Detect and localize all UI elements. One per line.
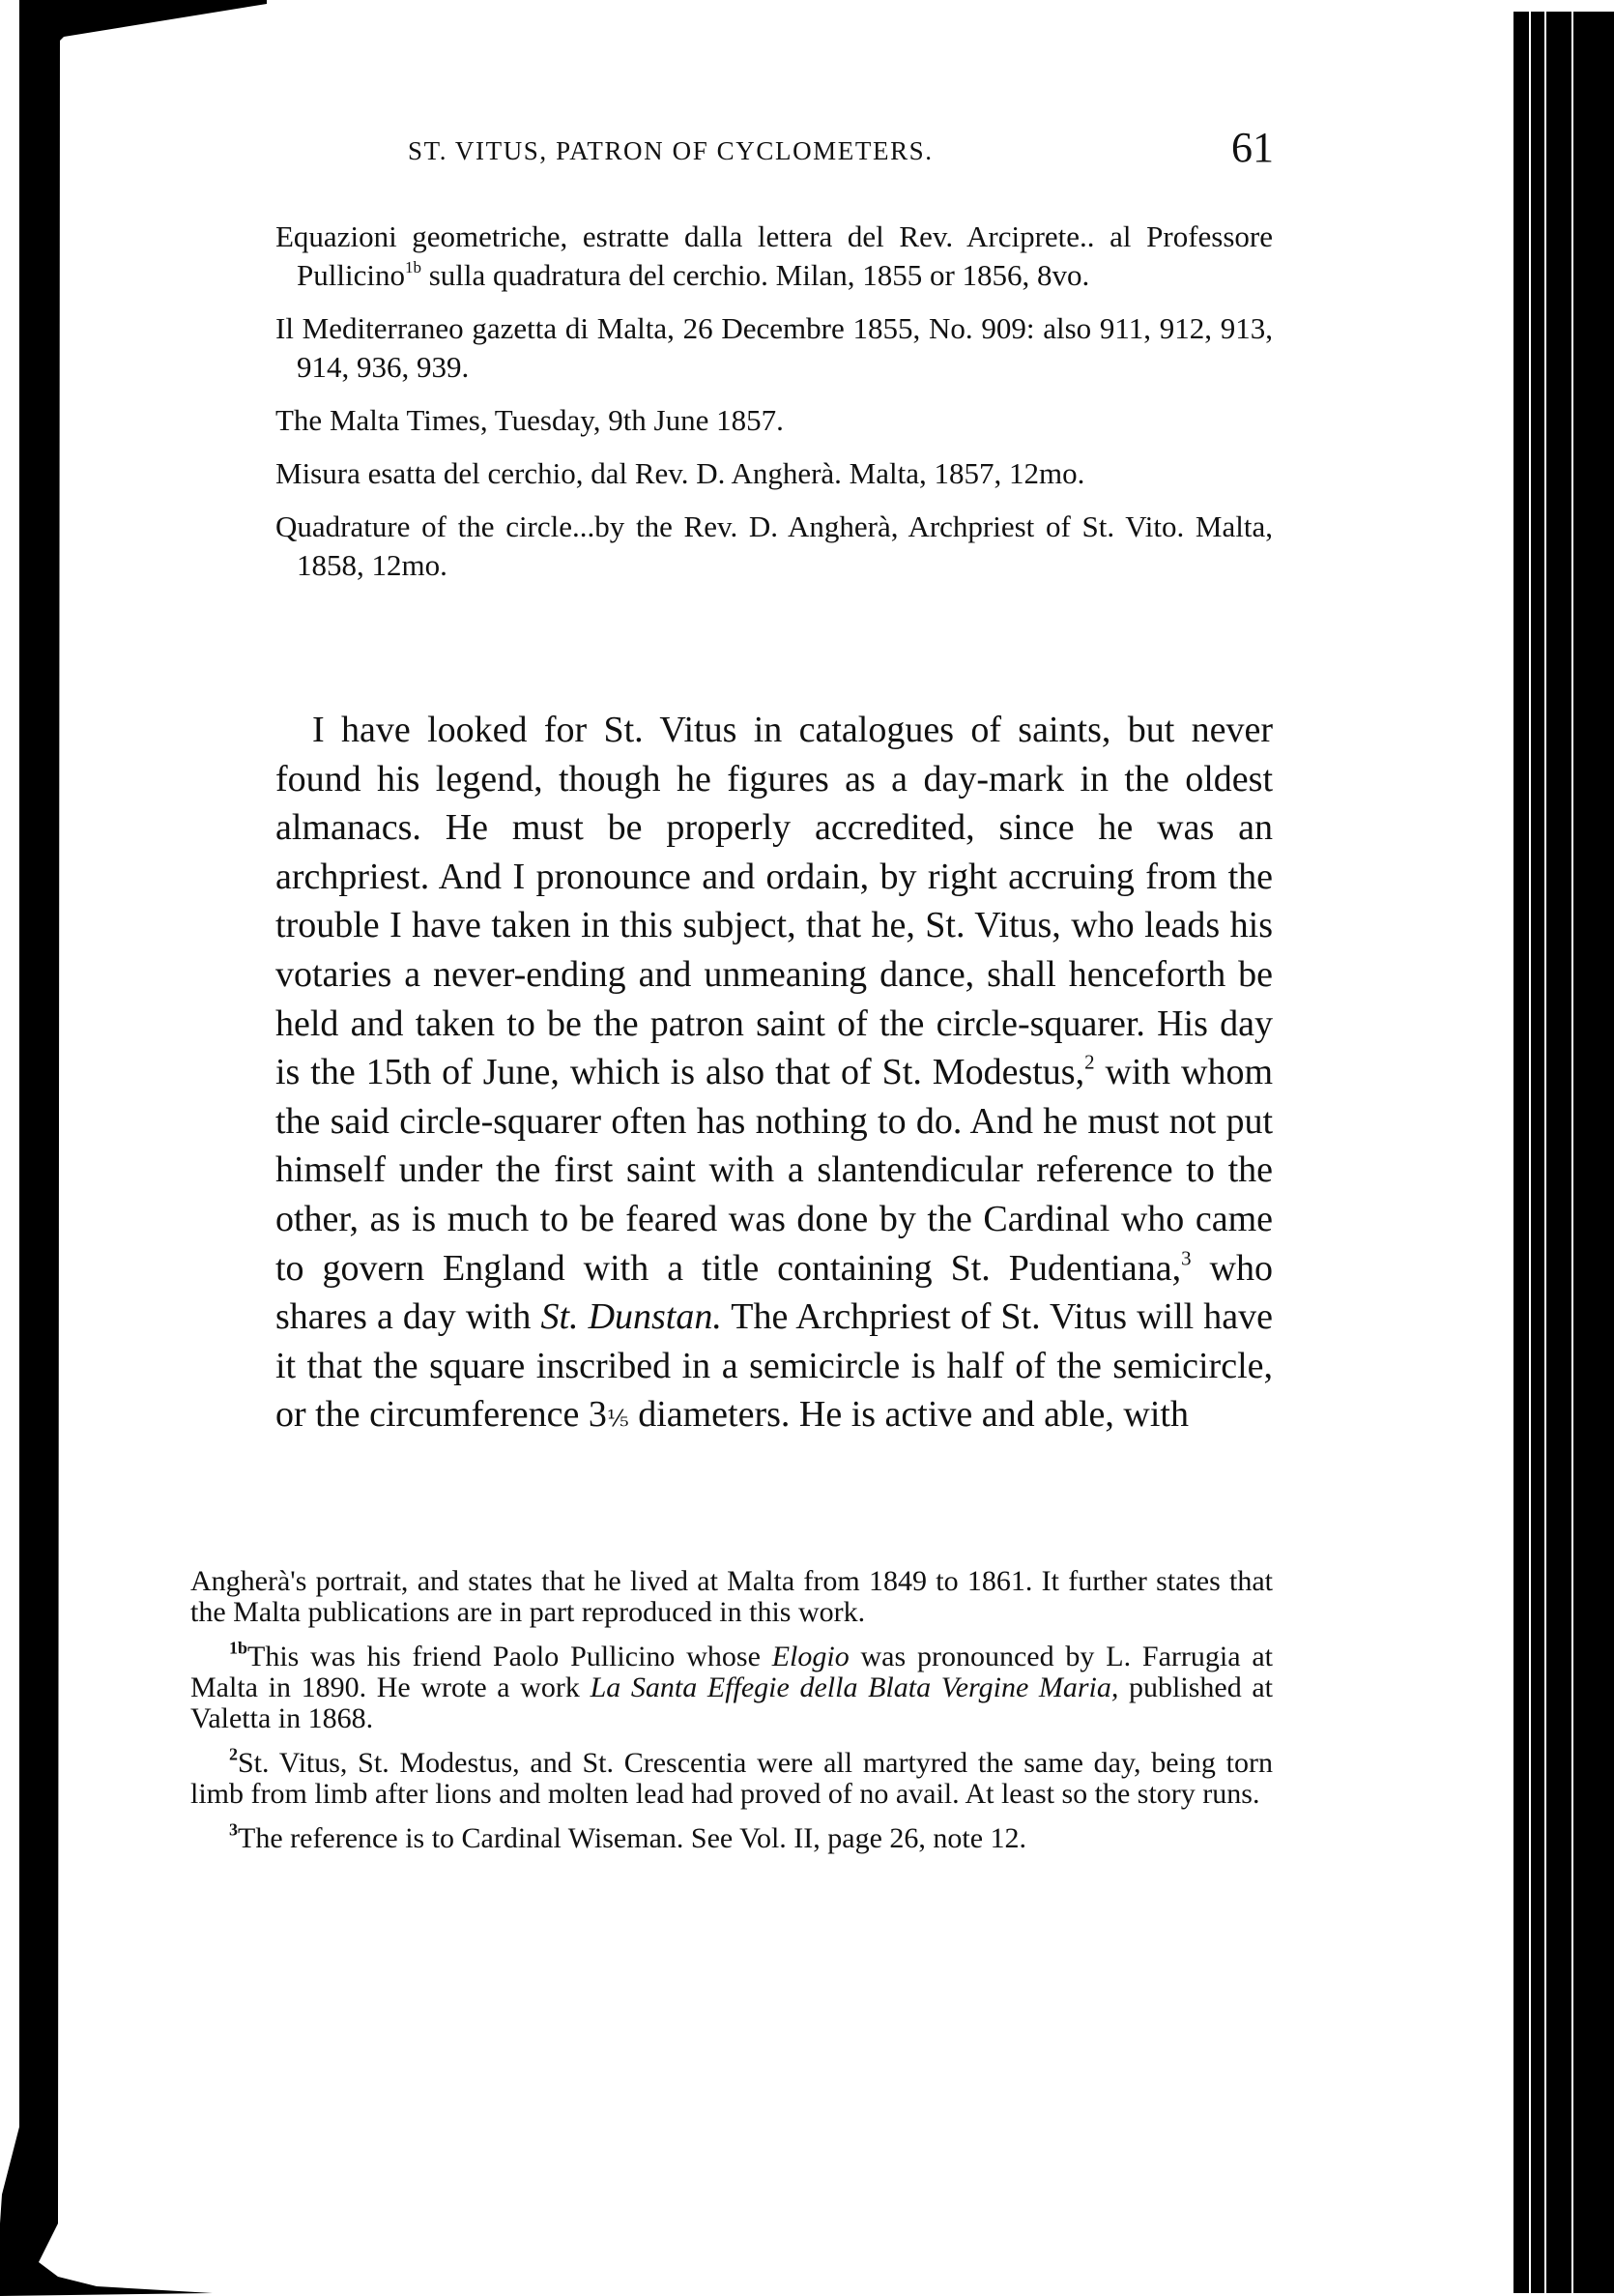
footnote-mark: 1b	[229, 1638, 247, 1657]
italic-name: St. Dunstan.	[540, 1296, 721, 1337]
bibliography-entry: Equazioni geometriche, estratte dalla le…	[275, 218, 1273, 295]
footnote-mark: 2	[229, 1744, 238, 1763]
scan-border-left	[0, 0, 290, 2296]
bibliography-list: Equazioni geometriche, estratte dalla le…	[275, 218, 1273, 599]
footnote-ref: 1b	[405, 258, 421, 276]
bibliography-entry: Il Mediterraneo gazetta di Malta, 26 Dec…	[275, 309, 1273, 387]
page-number: 61	[1231, 123, 1274, 172]
running-head: ST. VITUS, PATRON OF CYCLOMETERS.	[408, 136, 934, 166]
footnotes: Angherà's portrait, and states that he l…	[190, 1566, 1273, 1868]
bibliography-entry: Misura esatta del cerchio, dal Rev. D. A…	[275, 454, 1273, 493]
footnote-mark: 3	[229, 1819, 238, 1839]
fraction: ⅕	[607, 1407, 629, 1432]
bibliography-entry: The Malta Times, Tuesday, 9th June 1857.	[275, 401, 1273, 440]
footnote-continued: Angherà's portrait, and states that he l…	[190, 1566, 1273, 1628]
footnote-ref: 2	[1084, 1050, 1094, 1073]
scan-border-right	[1513, 12, 1614, 2293]
footnote-1b: 1bThis was his friend Paolo Pullicino wh…	[190, 1642, 1273, 1734]
bibliography-entry: Quadrature of the circle...by the Rev. D…	[275, 508, 1273, 585]
footnote-2: 2St. Vitus, St. Modestus, and St. Cresce…	[190, 1748, 1273, 1810]
footnote-ref: 3	[1181, 1246, 1191, 1269]
footnote-3: 3The reference is to Cardinal Wiseman. S…	[190, 1823, 1273, 1854]
paragraph: I have looked for St. Vitus in catalogue…	[275, 706, 1273, 1444]
body-text: I have looked for St. Vitus in catalogue…	[275, 706, 1273, 1444]
page-header: ST. VITUS, PATRON OF CYCLOMETERS. 61	[408, 131, 1274, 179]
